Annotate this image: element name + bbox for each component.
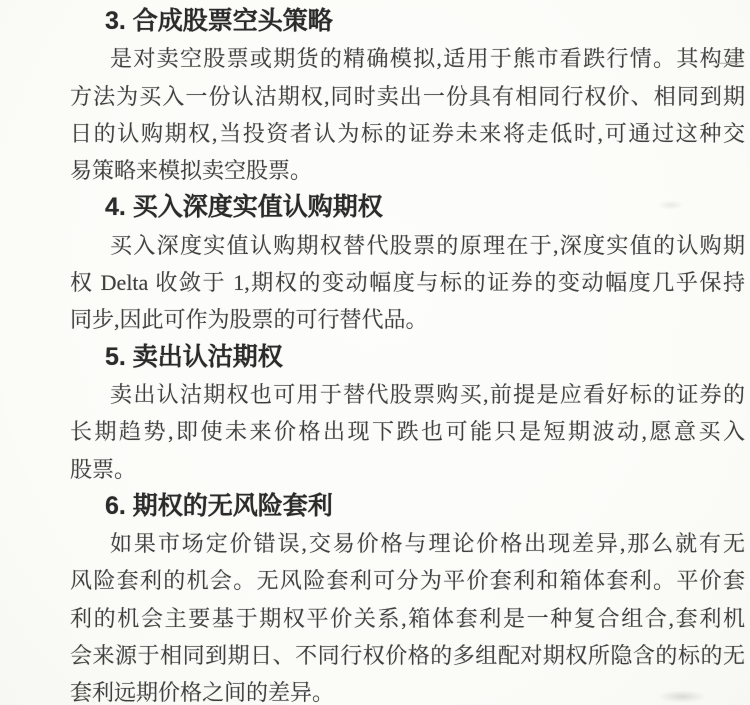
scan-artifact-smudge xyxy=(658,200,684,210)
scan-artifact-dash: — xyxy=(718,50,750,74)
text-column: 3. 合成股票空头策略 是对卖空股票或期货的精确模拟,适用于熊市看跌行情。其构建… xyxy=(70,3,745,705)
text-line: 如果市场定价错误,交易价格与理论价格出现差异,那么就有无 xyxy=(70,525,745,562)
section-heading-4: 4. 买入深度实值认购期权 xyxy=(70,189,745,226)
text-line: 买入深度实值认购期权替代股票的原理在于,深度实值的认购期 xyxy=(70,227,745,264)
scan-artifact-smudge xyxy=(658,690,706,703)
text-line: 长期趋势,即使未来价格出现下跌也可能只是短期波动,愿意买入 xyxy=(70,413,745,450)
text-line: 风险套利的机会。无风险套利可分为平价套利和箱体套利。平价套 xyxy=(70,562,745,599)
text-line: 利的机会主要基于期权平价关系,箱体套利是一种复合组合,套利机 xyxy=(70,600,745,637)
text-line: 权 Delta 收敛于 1,期权的变动幅度与标的证券的变动幅度几乎保持 xyxy=(70,264,745,301)
text-line: 套利远期价格之间的差异。 xyxy=(70,674,745,705)
text-line: 卖出认沽期权也可用于替代股票购买,前提是应看好标的证券的 xyxy=(70,376,745,413)
text-line: 同步,因此可作为股票的可行替代品。 xyxy=(70,301,745,338)
section-heading-3: 3. 合成股票空头策略 xyxy=(70,3,745,40)
text-line: 股票。 xyxy=(70,451,745,488)
text-line: 是对卖空股票或期货的精确模拟,适用于熊市看跌行情。其构建 xyxy=(70,40,745,77)
text-line: 易策略来模拟卖空股票。 xyxy=(70,152,745,189)
scanned-book-page: 3. 合成股票空头策略 是对卖空股票或期货的精确模拟,适用于熊市看跌行情。其构建… xyxy=(0,0,750,705)
section-heading-5: 5. 卖出认沽期权 xyxy=(70,339,745,376)
section-heading-6: 6. 期权的无风险套利 xyxy=(70,488,745,525)
text-line: 日的认购期权,当投资者认为标的证券未来将走低时,可通过这种交 xyxy=(70,115,745,152)
text-line: 方法为买入一份认沽期权,同时卖出一份具有相同行权价、相同到期 xyxy=(70,78,745,115)
text-line: 会来源于相同到期日、不同行权价格的多组配对期权所隐含的标的无 xyxy=(70,637,745,674)
